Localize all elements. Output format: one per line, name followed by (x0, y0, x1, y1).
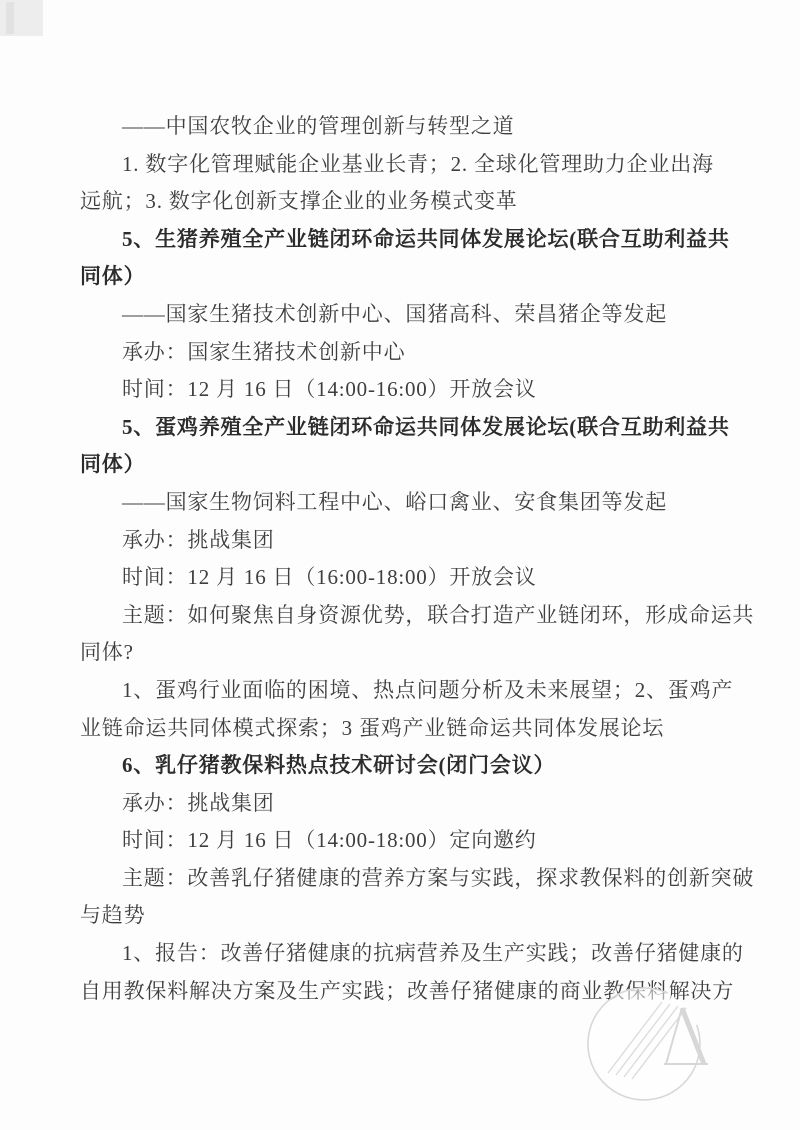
doc-heading-line: 5、蛋鸡养殖全产业链闭环命运共同体发展论坛(联合互助利益共 (80, 409, 736, 447)
doc-line: 主题：改善乳仔猪健康的营养方案与实践，探求教保料的创新突破 (80, 860, 736, 898)
doc-line: 时间：12 月 16 日（16:00-18:00）开放会议 (80, 559, 736, 597)
doc-line: 承办：挑战集团 (80, 522, 736, 560)
doc-line: 远航；3. 数字化创新支撑企业的业务模式变革 (80, 183, 736, 221)
doc-line: 1、报告：改善仔猪健康的抗病营养及生产实践；改善仔猪健康的 (80, 935, 736, 973)
doc-line: 业链命运共同体模式探索；3 蛋鸡产业链命运共同体发展论坛 (80, 710, 736, 748)
doc-line: 与趋势 (80, 897, 736, 935)
document-page: ——中国农牧企业的管理创新与转型之道 1. 数字化管理赋能企业基业长青；2. 全… (0, 0, 800, 1130)
doc-line: 承办：国家生猪技术创新中心 (80, 334, 736, 372)
doc-line: 1. 数字化管理赋能企业基业长青；2. 全球化管理助力企业出海 (80, 146, 736, 184)
doc-line: 主题：如何聚焦自身资源优势，联合打造产业链闭环，形成命运共 (80, 597, 736, 635)
scan-artifact-strip (6, 2, 14, 34)
scan-artifact-top-left (0, 0, 43, 36)
doc-line: 同体? (80, 634, 736, 672)
doc-heading-line: 同体） (80, 258, 736, 296)
document-content: ——中国农牧企业的管理创新与转型之道 1. 数字化管理赋能企业基业长青；2. 全… (80, 108, 736, 1010)
doc-line: 承办：挑战集团 (80, 785, 736, 823)
doc-line: 时间：12 月 16 日（14:00-18:00）定向邀约 (80, 822, 736, 860)
doc-heading-line: 6、乳仔猪教保料热点技术研讨会(闭门会议） (80, 747, 736, 785)
doc-line: ——国家生物饲料工程中心、峪口禽业、安食集团等发起 (80, 484, 736, 522)
doc-line: 时间：12 月 16 日（14:00-16:00）开放会议 (80, 371, 736, 409)
doc-line: ——国家生猪技术创新中心、国猪高科、荣昌猪企等发起 (80, 296, 736, 334)
doc-heading-line: 5、生猪养殖全产业链闭环命运共同体发展论坛(联合互助利益共 (80, 221, 736, 259)
doc-heading-line: 同体） (80, 446, 736, 484)
doc-line: 1、蛋鸡行业面临的困境、热点问题分析及未来展望；2、蛋鸡产 (80, 672, 736, 710)
doc-line: 自用教保料解决方案及生产实践；改善仔猪健康的商业教保料解决方 (80, 973, 736, 1011)
doc-line: ——中国农牧企业的管理创新与转型之道 (80, 108, 736, 146)
